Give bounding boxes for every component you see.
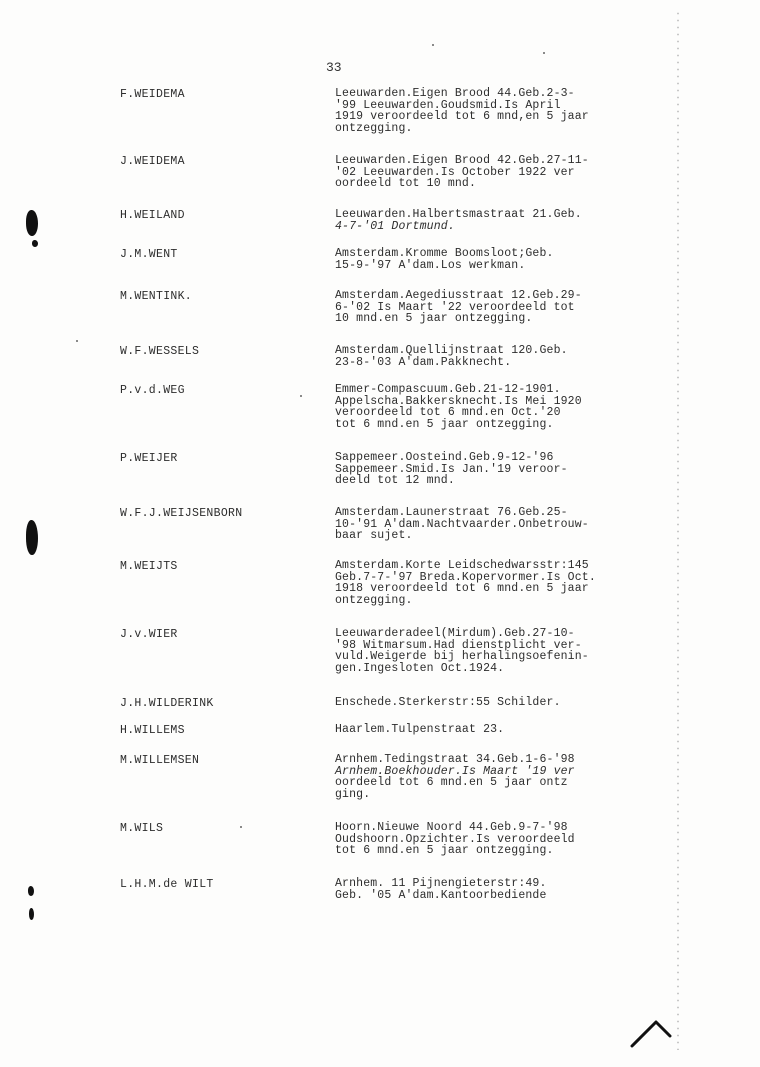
person-details: Emmer-Compascuum.Geb.21-12-1901.Appelsch… [335, 384, 655, 430]
person-name: M.WILS [120, 822, 163, 835]
detail-line: gen.Ingesloten Oct.1924. [335, 663, 655, 675]
detail-line: ontzegging. [335, 595, 655, 607]
person-details: Haarlem.Tulpenstraat 23. [335, 724, 655, 736]
ink-blot [26, 520, 38, 555]
ink-speck [543, 52, 545, 54]
person-details: Leeuwarden.Eigen Brood 44.Geb.2-3-'99 Le… [335, 88, 655, 134]
person-name: M.WENTINK. [120, 290, 192, 303]
detail-line: Amsterdam.Kromme Boomsloot;Geb. [335, 248, 655, 260]
page-number: 33 [326, 60, 342, 75]
person-details: Leeuwarden.Halbertsmastraat 21.Geb.4-7-'… [335, 209, 655, 232]
detail-line: 4-7-'01 Dortmund. [335, 221, 655, 233]
person-name: L.H.M.de WILT [120, 878, 214, 891]
detail-line: 23-8-'03 A'dam.Pakknecht. [335, 357, 655, 369]
detail-line: Emmer-Compascuum.Geb.21-12-1901. [335, 384, 655, 396]
document-page: 33 F.WEIDEMALeeuwarden.Eigen Brood 44.Ge… [0, 0, 760, 1067]
detail-line: deeld tot 12 mnd. [335, 475, 655, 487]
ink-blot [32, 240, 38, 247]
detail-line: Enschede.Sterkerstr:55 Schilder. [335, 697, 655, 709]
detail-line: Leeuwarden.Eigen Brood 44.Geb.2-3- [335, 88, 655, 100]
detail-line: 10 mnd.en 5 jaar ontzegging. [335, 313, 655, 325]
ink-blot [29, 908, 34, 920]
ink-speck [300, 395, 302, 397]
detail-line: Sappemeer.Oosteind.Geb.9-12-'96 [335, 452, 655, 464]
person-name: J.H.WILDERINK [120, 697, 214, 710]
person-name: P.WEIJER [120, 452, 178, 465]
checkmark-icon [630, 1010, 680, 1050]
detail-line: Amsterdam.Quellijnstraat 120.Geb. [335, 345, 655, 357]
person-details: Amsterdam.Launerstraat 76.Geb.25-10-'91 … [335, 507, 655, 542]
detail-line: Amsterdam.Korte Leidschedwarsstr:145 [335, 560, 655, 572]
detail-line: oordeeld tot 10 mnd. [335, 178, 655, 190]
detail-line: Leeuwarderadeel(Mirdum).Geb.27-10- [335, 628, 655, 640]
person-name: F.WEIDEMA [120, 88, 185, 101]
person-details: Amsterdam.Korte Leidschedwarsstr:145Geb.… [335, 560, 655, 606]
ink-speck [432, 44, 434, 46]
detail-line: Amsterdam.Aegediusstraat 12.Geb.29- [335, 290, 655, 302]
ink-blot [28, 886, 34, 896]
detail-line: ging. [335, 789, 655, 801]
person-name: H.WEILAND [120, 209, 185, 222]
detail-line: Arnhem. 11 Pijnengieterstr:49. [335, 878, 655, 890]
detail-line: tot 6 mnd.en 5 jaar ontzegging. [335, 419, 655, 431]
detail-line: oordeeld tot 6 mnd.en 5 jaar ontz [335, 777, 655, 789]
page-edge-perforation [677, 10, 679, 1050]
ink-blot [26, 210, 38, 236]
detail-line: baar sujet. [335, 530, 655, 542]
person-name: H.WILLEMS [120, 724, 185, 737]
person-details: Amsterdam.Aegediusstraat 12.Geb.29-6-'02… [335, 290, 655, 325]
person-name: M.WEIJTS [120, 560, 178, 573]
detail-line: Arnhem.Tedingstraat 34.Geb.1-6-'98 [335, 754, 655, 766]
person-details: Leeuwarden.Eigen Brood 42.Geb.27-11-'02 … [335, 155, 655, 190]
detail-line: tot 6 mnd.en 5 jaar ontzegging. [335, 845, 655, 857]
person-name: M.WILLEMSEN [120, 754, 199, 767]
person-name: W.F.J.WEIJSENBORN [120, 507, 242, 520]
detail-line: 15-9-'97 A'dam.Los werkman. [335, 260, 655, 272]
person-details: Enschede.Sterkerstr:55 Schilder. [335, 697, 655, 709]
detail-line: Haarlem.Tulpenstraat 23. [335, 724, 655, 736]
person-details: Hoorn.Nieuwe Noord 44.Geb.9-7-'98Oudshoo… [335, 822, 655, 857]
detail-line: Geb. '05 A'dam.Kantoorbediende [335, 890, 655, 902]
detail-line: ontzegging. [335, 123, 655, 135]
detail-line: Leeuwarden.Halbertsmastraat 21.Geb. [335, 209, 655, 221]
person-name: J.v.WIER [120, 628, 178, 641]
person-details: Arnhem.Tedingstraat 34.Geb.1-6-'98Arnhem… [335, 754, 655, 800]
person-details: Arnhem. 11 Pijnengieterstr:49.Geb. '05 A… [335, 878, 655, 901]
detail-line: Amsterdam.Launerstraat 76.Geb.25- [335, 507, 655, 519]
person-details: Sappemeer.Oosteind.Geb.9-12-'96Sappemeer… [335, 452, 655, 487]
person-details: Leeuwarderadeel(Mirdum).Geb.27-10-'98 Wi… [335, 628, 655, 674]
detail-line: Hoorn.Nieuwe Noord 44.Geb.9-7-'98 [335, 822, 655, 834]
person-name: J.WEIDEMA [120, 155, 185, 168]
person-details: Amsterdam.Kromme Boomsloot;Geb.15-9-'97 … [335, 248, 655, 271]
person-name: P.v.d.WEG [120, 384, 185, 397]
person-details: Amsterdam.Quellijnstraat 120.Geb.23-8-'0… [335, 345, 655, 368]
person-name: W.F.WESSELS [120, 345, 199, 358]
person-name: J.M.WENT [120, 248, 178, 261]
ink-speck [240, 826, 242, 828]
ink-speck [76, 340, 78, 342]
detail-line: Leeuwarden.Eigen Brood 42.Geb.27-11- [335, 155, 655, 167]
